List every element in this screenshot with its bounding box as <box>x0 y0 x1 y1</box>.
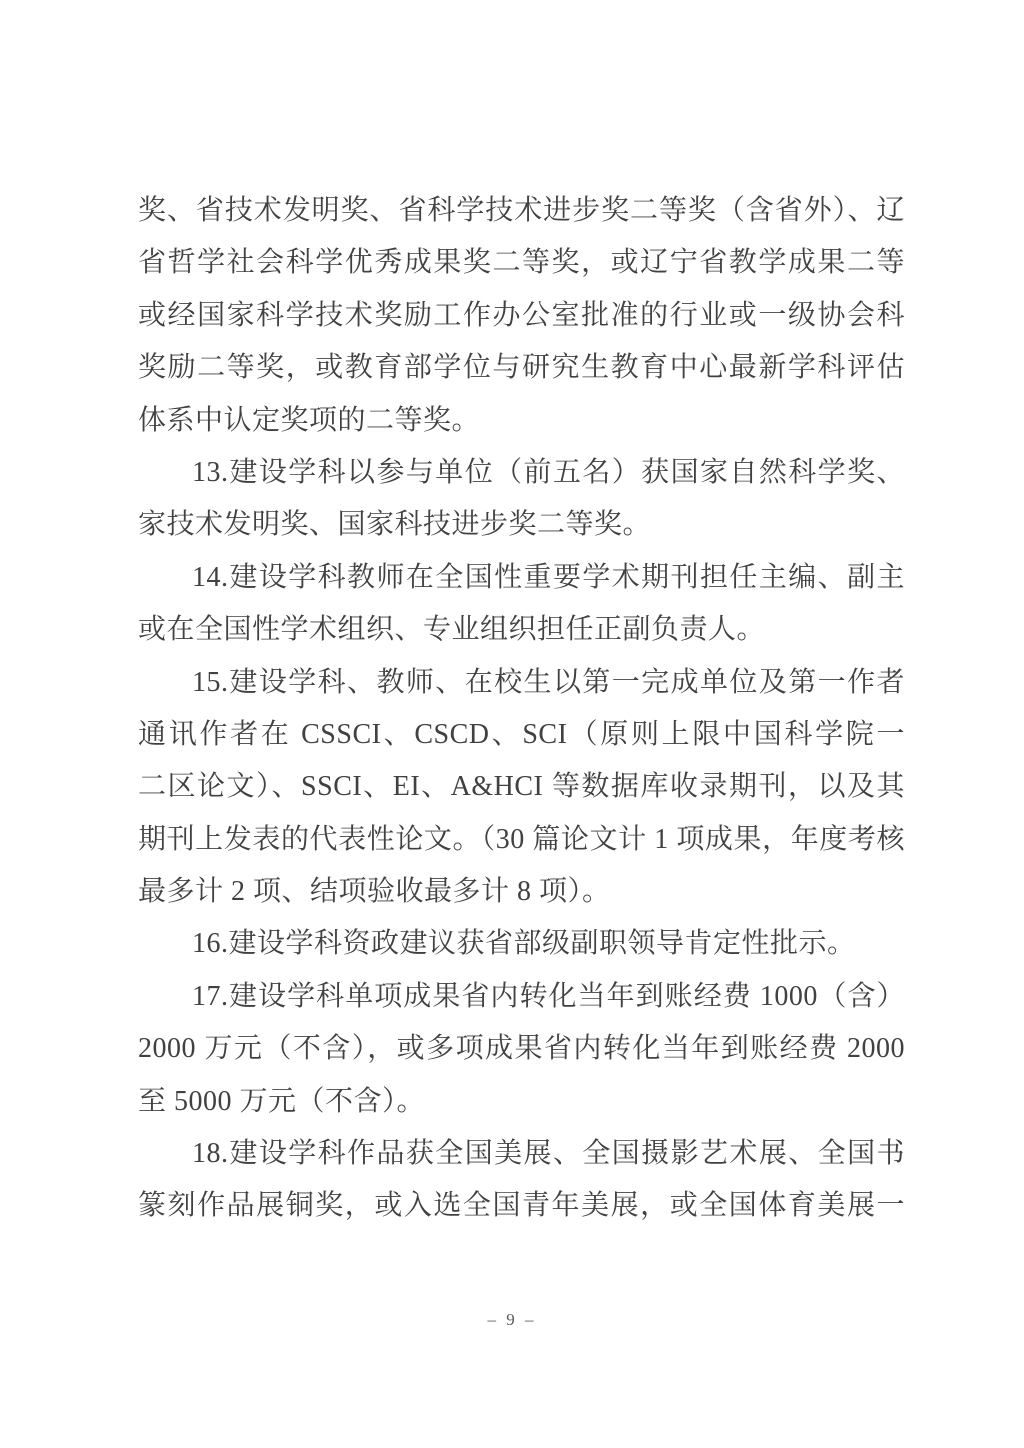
text-line-item-13: 13.建设学科以参与单位（前五名）获国家自然科学奖、国 <box>138 447 905 499</box>
text-line: 体系中认定奖项的二等奖。 <box>138 395 905 447</box>
text-line-item-16: 16.建设学科资政建议获省部级副职领导肯定性批示。 <box>138 918 905 970</box>
text-line: 期刊上发表的代表性论文。（30 篇论文计 1 项成果，年度考核 <box>138 814 905 866</box>
document-page: 奖、省技术发明奖、省科学技术进步奖二等奖（含省外）、辽宁 省哲学社会科学优秀成果… <box>0 0 1024 1448</box>
document-body: 奖、省技术发明奖、省科学技术进步奖二等奖（含省外）、辽宁 省哲学社会科学优秀成果… <box>138 185 905 1233</box>
text-line-item-18: 18.建设学科作品获全国美展、全国摄影艺术展、全国书法 <box>138 1128 905 1180</box>
text-line-item-14: 14.建设学科教师在全国性重要学术期刊担任主编、副主编， <box>138 552 905 604</box>
text-line: 至 5000 万元（不含）。 <box>138 1076 905 1128</box>
text-line: 通讯作者在 CSSCI、CSCD、SCI（原则上限中国科学院一区、 <box>138 709 905 761</box>
text-line: 最多计 2 项、结项验收最多计 8 项）。 <box>138 866 905 918</box>
text-line: 二区论文）、SSCI、EI、A&HCI 等数据库收录期刊，以及其他 <box>138 761 905 813</box>
text-line: 家技术发明奖、国家科技进步奖二等奖。 <box>138 499 905 551</box>
text-line: 或经国家科学技术奖励工作办公室批准的行业或一级协会科技 <box>138 290 905 342</box>
text-line: 篆刻作品展铜奖，或入选全国青年美展，或全国体育美展一等奖， <box>138 1180 905 1232</box>
text-line-item-15: 15.建设学科、教师、在校生以第一完成单位及第一作者或 <box>138 657 905 709</box>
text-line: 奖励二等奖，或教育部学位与研究生教育中心最新学科评估指标 <box>138 342 905 394</box>
text-line: 省哲学社会科学优秀成果奖二等奖，或辽宁省教学成果二等奖， <box>138 237 905 289</box>
text-line: 或在全国性学术组织、专业组织担任正副负责人。 <box>138 604 905 656</box>
text-line: 奖、省技术发明奖、省科学技术进步奖二等奖（含省外）、辽宁 <box>138 185 905 237</box>
page-number: – 9 – <box>0 1306 1024 1334</box>
text-line-item-17: 17.建设学科单项成果省内转化当年到账经费 1000（含）至 <box>138 971 905 1023</box>
text-line: 2000 万元（不含），或多项成果省内转化当年到账经费 2000（含） <box>138 1023 905 1075</box>
